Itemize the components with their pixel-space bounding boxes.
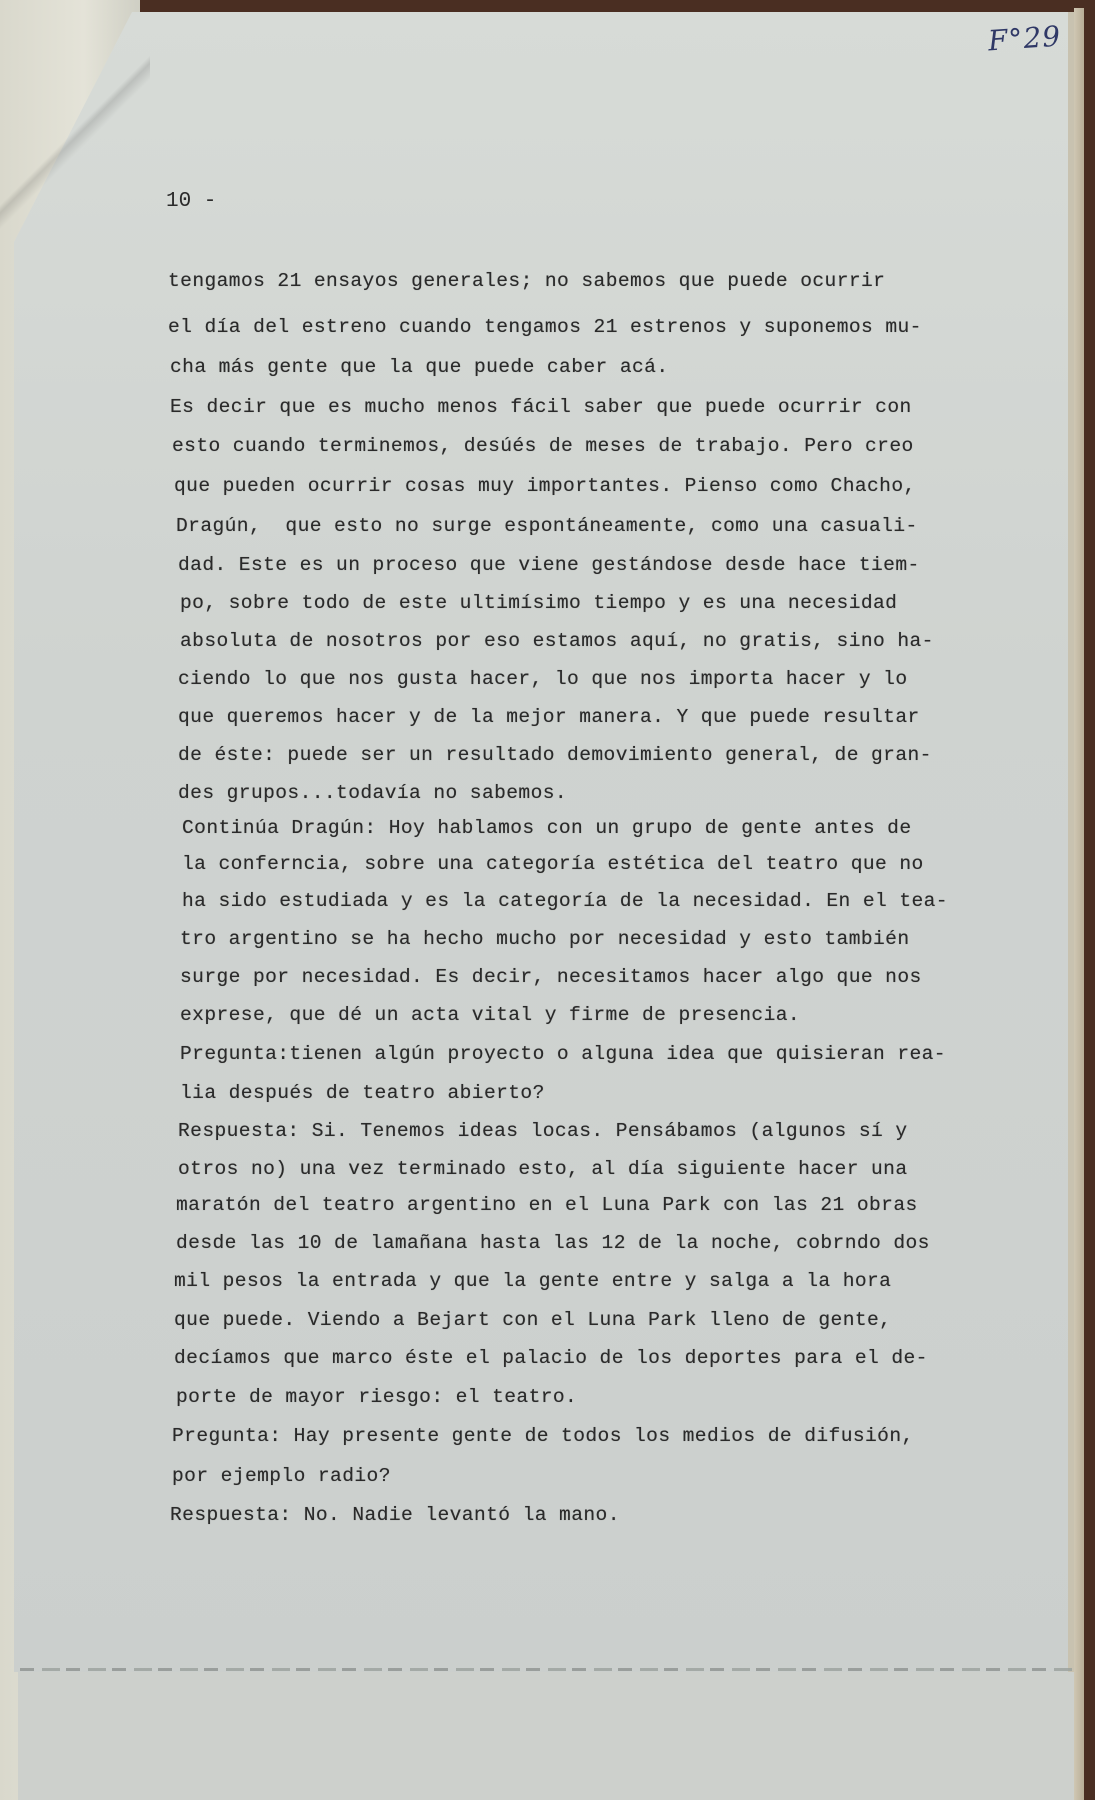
text-line: el día del estreno cuando tengamos 21 es… [168, 316, 922, 338]
folio-annotation: F°29 [987, 19, 1062, 57]
page-number: 10 - [166, 190, 216, 213]
text-line: maratón del teatro argentino en el Luna … [176, 1194, 918, 1216]
text-line: decíamos que marco éste el palacio de lo… [174, 1347, 928, 1369]
page-fold-line [20, 1668, 1076, 1671]
text-line: Respuesta: Si. Tenemos ideas locas. Pens… [178, 1120, 908, 1142]
text-line: porte de mayor riesgo: el teatro. [176, 1386, 577, 1408]
text-line: ciendo lo que nos gusta hacer, lo que no… [178, 668, 908, 690]
underlying-sheet [18, 1665, 1078, 1800]
text-line: Pregunta:tienen algún proyecto o alguna … [180, 1043, 946, 1065]
text-line: tengamos 21 ensayos generales; no sabemo… [168, 270, 885, 292]
text-line: cha más gente que la que puede caber acá… [170, 356, 669, 378]
text-line: tro argentino se ha hecho mucho por nece… [180, 928, 910, 950]
text-line: otros no) una vez terminado esto, al día… [178, 1158, 908, 1180]
text-line: mil pesos la entrada y que la gente entr… [174, 1270, 891, 1292]
text-line: desde las 10 de lamañana hasta las 12 de… [176, 1232, 930, 1254]
text-line: Dragún, que esto no surge espontáneament… [176, 515, 918, 537]
text-line: lia después de teatro abierto? [180, 1082, 545, 1104]
text-line: absoluta de nosotros por eso estamos aqu… [180, 630, 934, 652]
text-line: exprese, que dé un acta vital y firme de… [180, 1004, 800, 1026]
text-line: Respuesta: No. Nadie levantó la mano. [170, 1504, 620, 1526]
text-line: ha sido estudiada y es la categoría de l… [182, 890, 948, 912]
text-line: Es decir que es mucho menos fácil saber … [170, 396, 912, 418]
text-line: des grupos...todavía no sabemos. [178, 782, 567, 804]
text-line: la conferncia, sobre una categoría estét… [182, 853, 924, 875]
text-line: que puede. Viendo a Bejart con el Luna P… [174, 1309, 891, 1331]
text-line: dad. Este es un proceso que viene gestán… [178, 554, 920, 576]
text-line: por ejemplo radio? [172, 1465, 391, 1487]
text-line: esto cuando terminemos, desúés de meses … [172, 435, 914, 457]
text-line: que queremos hacer y de la mejor manera.… [178, 706, 920, 728]
text-line: surge por necesidad. Es decir, necesitam… [180, 966, 922, 988]
text-line: de éste: puede ser un resultado demovimi… [178, 744, 932, 766]
text-line: Continúa Dragún: Hoy hablamos con un gru… [182, 817, 912, 839]
typewritten-page [14, 12, 1074, 1672]
text-line: Pregunta: Hay presente gente de todos lo… [172, 1425, 914, 1447]
text-line: que pueden ocurrir cosas muy importantes… [174, 475, 916, 497]
text-line: po, sobre todo de este ultimísimo tiempo… [180, 592, 897, 614]
stacked-pages-edge [1074, 8, 1084, 1800]
